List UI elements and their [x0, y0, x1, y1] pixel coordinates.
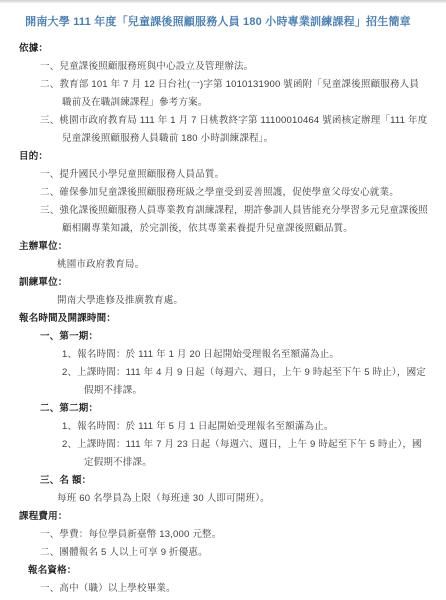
period-1-registration-time: 1、報名時間：於 111 年 1 月 20 日起開始受理報名至額滿為止。 [0, 346, 428, 364]
purpose-item-1: 一、提升國民小學兒童照顧服務人員品質。 [0, 166, 428, 184]
basis-item-1: 一、兒童課後照顧服務班與中心設立及管理辦法。 [0, 58, 428, 76]
admission-brochure-document: 開南大學 111 年度「兒童課後照顧服務人員 180 小時專業訓練課程」招生簡章… [0, 0, 446, 598]
basis-item-2: 二、教育部 101 年 7 月 12 日台社(一)字第 1010131900 號… [0, 76, 428, 112]
period-1-class-time: 2、上課時間：111 年 4 月 9 日起（每週六、週日，上午 9 時起至下午 … [0, 364, 428, 400]
period-2-class-time: 2、上課時間：111 年 7 月 23 日起（每週六、週日，上午 9 時起至下午… [0, 436, 428, 472]
schedule-quota-label: 三、名 額： [0, 472, 428, 490]
basis-item-3: 三、桃園市政府教育局 111 年 1 月 7 日桃教終字第 1110001046… [0, 112, 428, 148]
eligibility-item-1: 一、高中（職）以上學校畢業。 [0, 580, 428, 598]
section-heading-training-unit: 訓練單位： [0, 274, 428, 292]
fee-item-group-discount: 二、團體報名 5 人以上可享 9 折優惠。 [0, 544, 428, 562]
training-unit-name: 開南大學進修及推廣教育處。 [0, 292, 428, 310]
page-title: 開南大學 111 年度「兒童課後照顧服務人員 180 小時專業訓練課程」招生簡章 [18, 14, 418, 30]
schedule-period-1-label: 一、第一期： [0, 328, 428, 346]
quota-note: 每班 60 名學員為上限（每班達 30 人即可開班）。 [0, 490, 428, 508]
section-heading-basis: 依據： [0, 40, 428, 58]
purpose-item-3: 三、強化課後照顧服務人員專業教育訓練課程，期許參訓人員皆能充分學習多元兒童課後照… [0, 202, 428, 238]
section-heading-organizer: 主辦單位： [0, 238, 428, 256]
section-heading-fees: 課程費用： [0, 508, 428, 526]
purpose-item-2: 二、確保參加兒童課後照顧服務班級之學童受到妥善照護，促使學童父母安心就業。 [0, 184, 428, 202]
section-heading-purpose: 目的： [0, 148, 428, 166]
fee-item-tuition: 一、學費：每位學員新臺幣 13,000 元整。 [0, 526, 428, 544]
page-top-edge [0, 0, 446, 3]
section-heading-eligibility: 報名資格： [0, 562, 428, 580]
organizer-name: 桃園市政府教育局。 [0, 256, 428, 274]
schedule-period-2-label: 二、第二期： [0, 400, 428, 418]
section-heading-schedule: 報名時間及開課時間： [0, 310, 428, 328]
period-2-registration-time: 1、報名時間：於 111 年 5 月 1 日起開始受理報名至額滿為止。 [0, 418, 428, 436]
